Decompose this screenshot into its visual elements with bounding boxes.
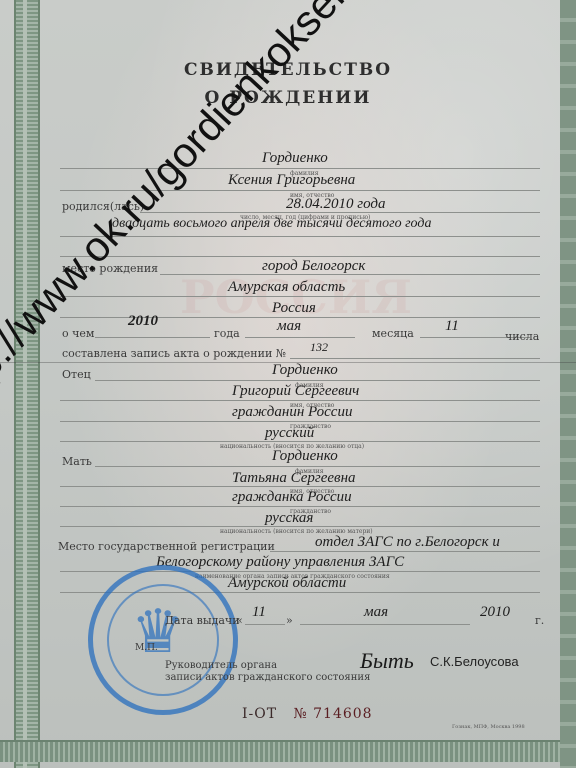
mother-surname: Гордиенко [272,448,338,465]
rule [245,624,285,625]
birth-date-digits: 28.04.2010 года [286,196,386,213]
mother-nationality: русская [265,510,313,527]
birthplace-country: Россия [272,300,316,317]
rule [245,337,355,338]
rule [60,400,540,401]
title-line-2: О РОЖДЕНИИ [0,88,576,108]
day-label: числа [505,330,539,343]
record-day: 11 [445,318,459,335]
rule [300,624,470,625]
year-suffix: г. [535,614,544,627]
rule [60,256,540,257]
issue-day: 11 [252,604,266,621]
rule [60,506,540,507]
registration-line-1: отдел ЗАГС по г.Белогорск и [315,534,500,551]
father-name: Григорий Сергеевич [232,383,359,400]
rule [95,466,540,467]
issue-month: мая [364,604,388,621]
act-label: составлена запись акта о рождении № [62,347,286,360]
ornamental-border-bottom [0,740,560,762]
rule [60,421,540,422]
head-label-line-2: записи актов гражданского состояния [165,672,370,683]
record-year: 2010 [128,313,158,330]
stamp-mp-label: М.П. [135,643,158,653]
birthplace-city: город Белогорск [262,258,365,275]
issue-date-label: Дата выдачи [165,614,240,627]
quote-open: « [236,614,243,627]
rule [95,380,540,381]
about-label: о чем [62,327,94,340]
rule [60,168,540,169]
ornamental-border-right [560,0,576,768]
child-name: Ксения Григорьевна [228,172,355,189]
mother-label: Мать [62,455,92,468]
birth-date-words: двадцать восьмого апреля две тысячи деся… [112,216,431,232]
child-surname: Гордиенко [262,150,328,167]
record-month: мая [277,318,301,335]
rule [270,551,540,552]
official-stamp: ♛ [88,565,238,715]
double-headed-eagle-icon: ♛ [131,602,185,662]
father-citizenship: гражданин России [232,404,352,421]
rule [95,337,210,338]
father-nationality: русский [265,425,314,442]
registration-label: Место государственной регистрации [58,540,275,553]
birthplace-region: Амурская область [228,279,345,296]
year-label: года [214,327,240,340]
act-number: 132 [310,340,328,355]
month-label: месяца [372,327,414,340]
registration-line-2: Белогорскому району управления ЗАГС [156,554,404,571]
ornamental-border-left [14,0,40,768]
serial-number-sign: № [293,706,307,722]
quote-close: » [286,614,293,627]
serial-number: I-ОТ № 714608 [242,706,373,722]
registration-line-3: Амурской области [228,575,346,592]
father-label: Отец [62,368,91,381]
father-surname: Гордиенко [272,362,338,379]
mother-citizenship: гражданка России [232,489,352,506]
signer-name: С.К.Белоусова [430,654,519,669]
rule [60,296,540,297]
signature: Быть [360,648,414,674]
head-label-line-1: Руководитель органа [165,660,277,671]
serial-series: I-ОТ [242,706,277,722]
mother-name: Татьяна Сергеевна [232,470,356,487]
printer-imprint: Гознак, МПФ, Москва 1998 [452,724,525,730]
issue-year: 2010 [480,604,510,621]
rule [290,358,540,359]
serial-number-value: 714608 [313,706,372,722]
